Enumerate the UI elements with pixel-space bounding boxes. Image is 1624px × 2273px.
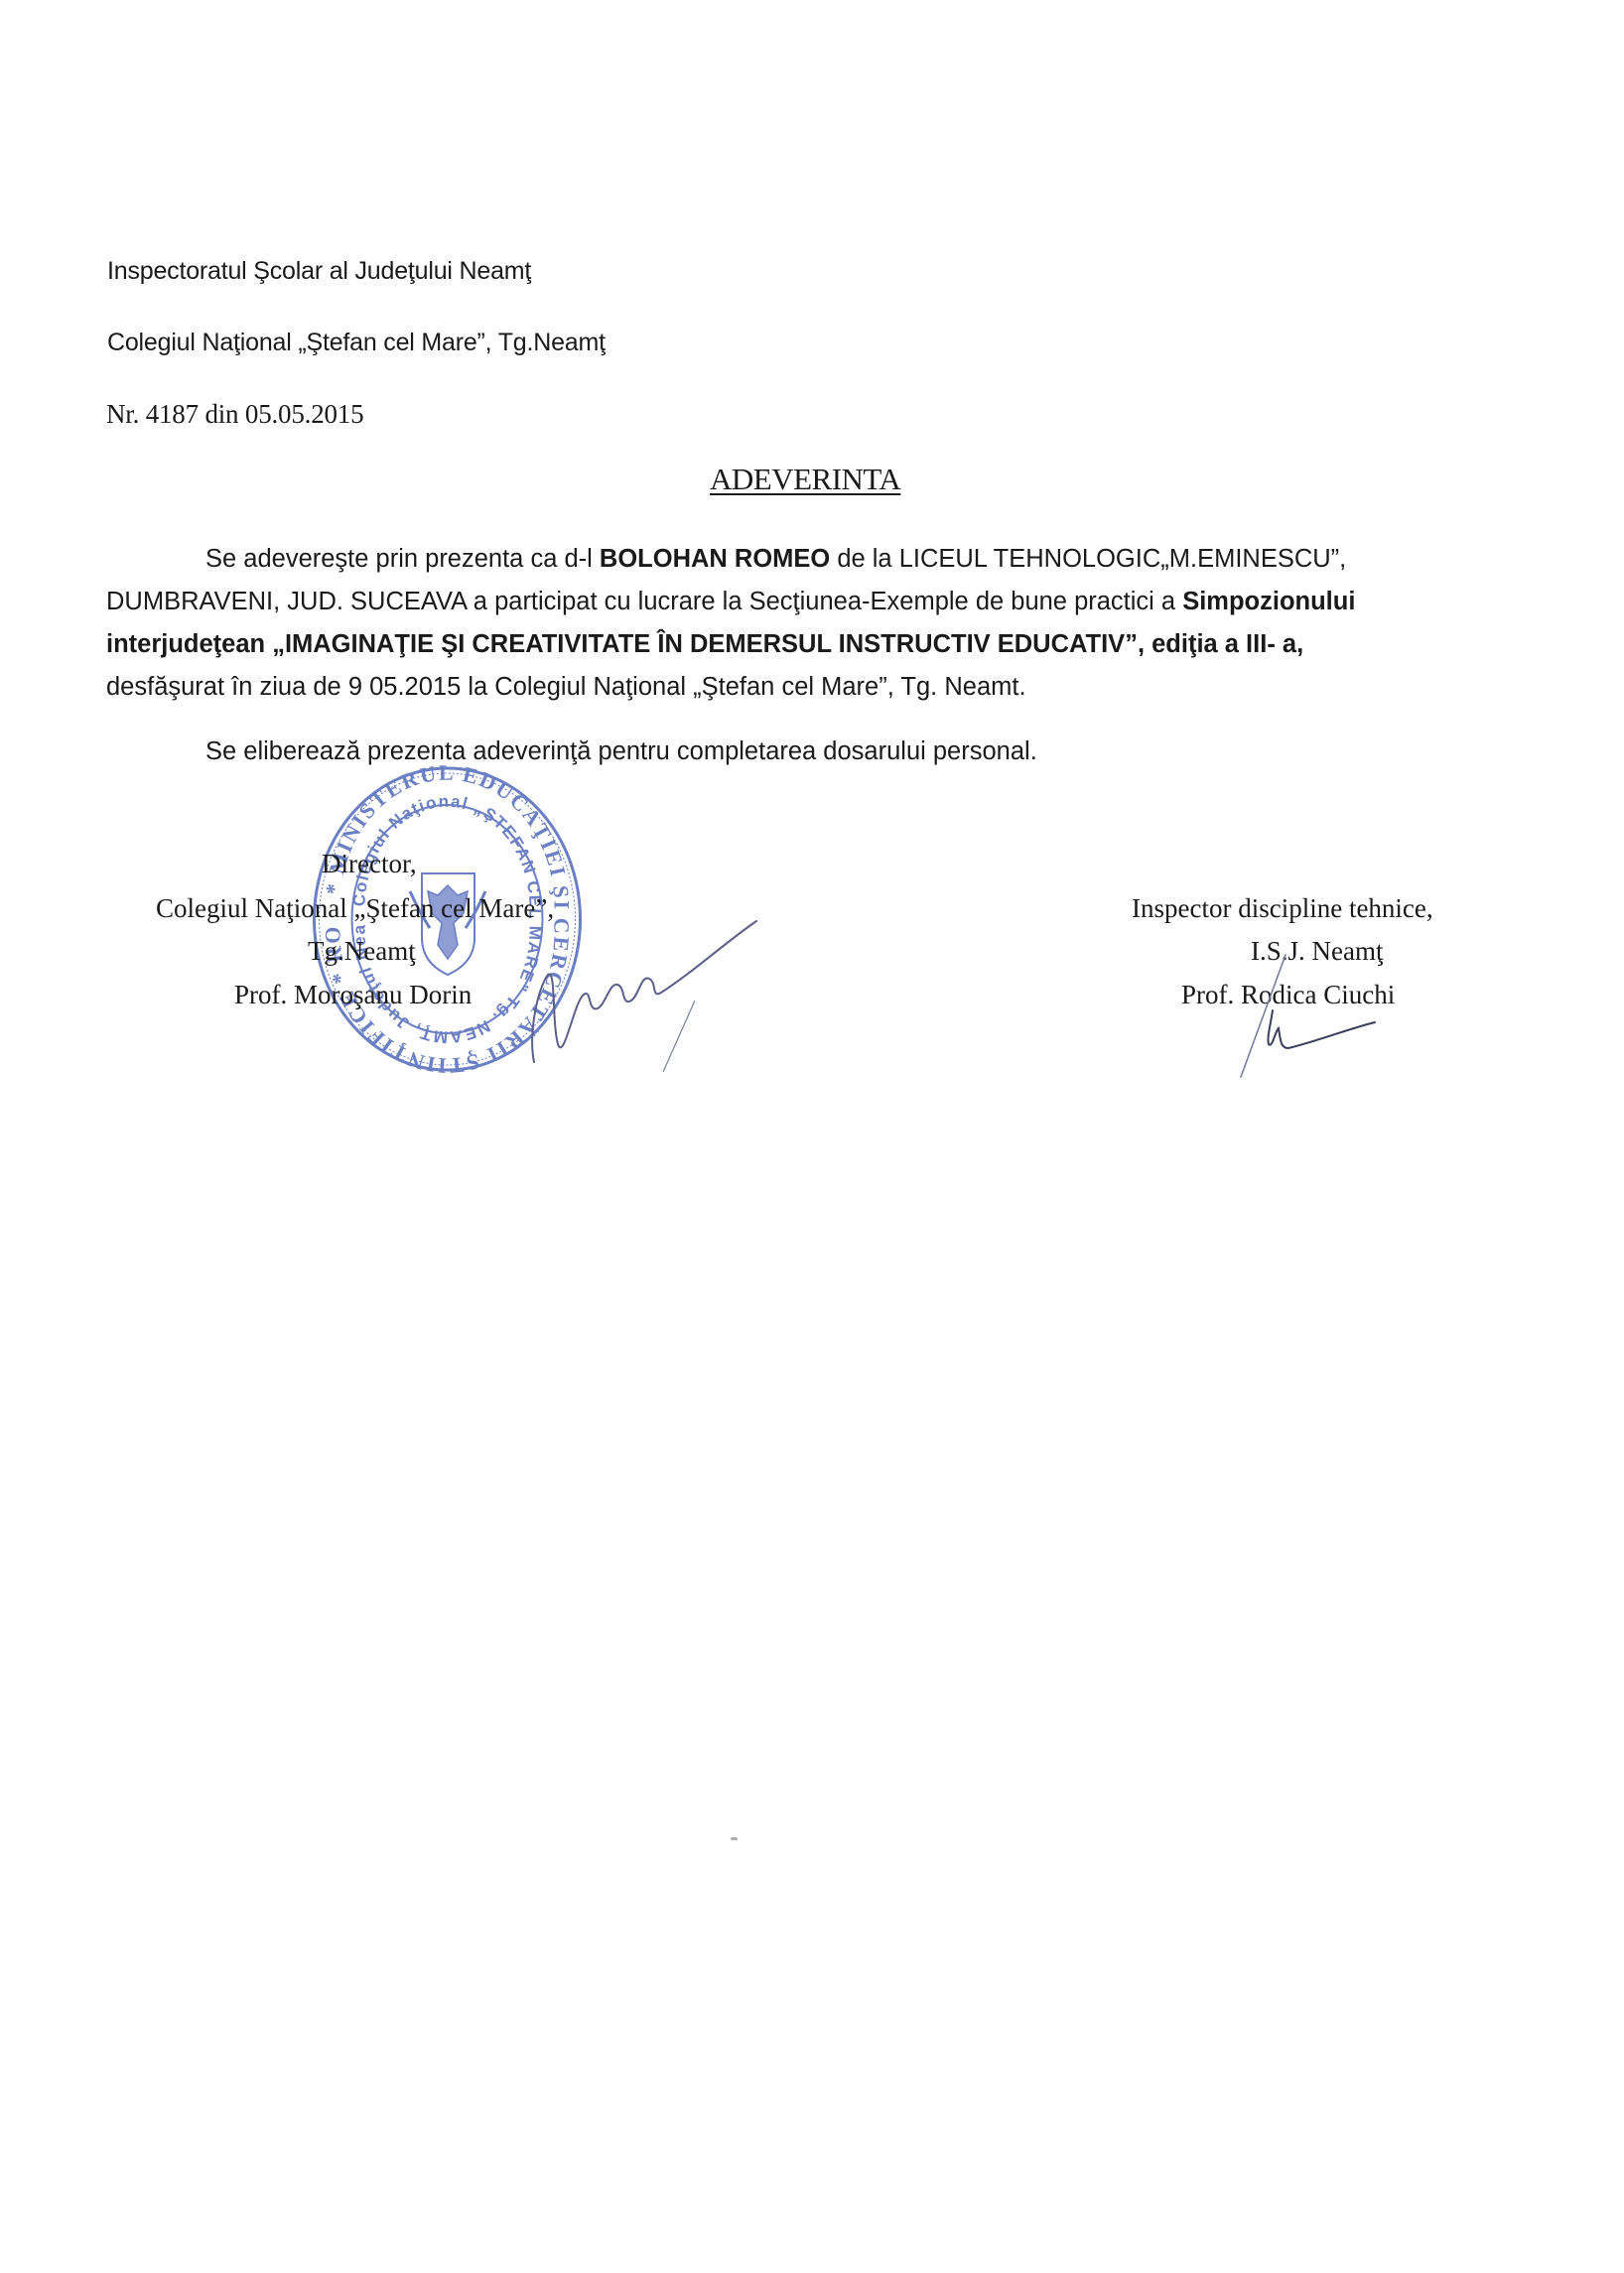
left-signatory-name: Prof. Moroşanu Dorin xyxy=(234,980,472,1010)
left-signatory-city: Tg.Neamţ xyxy=(308,936,416,967)
school-text: de la LICEUL TEHNOLOGIC„M.EMINESCU”, xyxy=(830,545,1346,573)
event-name-part-2: interjudeţean „IMAGINAŢIE ŞI CREATIVITAT… xyxy=(106,630,1303,658)
participant-name: BOLOHAN ROMEO xyxy=(600,545,830,573)
paragraph-line-1: Se adevereşte prin prezenta ca d-l BOLOH… xyxy=(205,545,1346,574)
inspector-signature-icon xyxy=(1231,953,1410,1092)
document-title: ADEVERINTA xyxy=(710,462,900,497)
paragraph-line-4: desfăşurat în ziua de 9 05.2015 la Coleg… xyxy=(106,673,1026,702)
director-signature-icon xyxy=(526,913,764,1082)
intro-text: Se adevereşte prin prezenta ca d-l xyxy=(205,545,600,573)
paragraph-line-3: interjudeţean „IMAGINAŢIE ŞI CREATIVITAT… xyxy=(106,630,1303,659)
registration-number: Nr. 4187 din 05.05.2015 xyxy=(106,399,363,430)
event-name-part-1: Simpozionului xyxy=(1182,588,1355,615)
participation-text: DUMBRAVENI, JUD. SUCEAVA a participat cu… xyxy=(106,588,1182,615)
scan-speck xyxy=(731,1837,738,1840)
header-inspectorate: Inspectoratul Şcolar al Judeţului Neamţ xyxy=(107,257,531,286)
header-school: Colegiul Naţional „Ştefan cel Mare”, Tg.… xyxy=(107,329,606,357)
paragraph-line-2: DUMBRAVENI, JUD. SUCEAVA a participat cu… xyxy=(106,588,1355,616)
left-signatory-role: Director, xyxy=(322,849,417,879)
paragraph-purpose: Se eliberează prezenta adeverinţă pentru… xyxy=(205,737,1037,766)
right-signatory-role: Inspector discipline tehnice, xyxy=(1132,893,1433,924)
left-signatory-institution: Colegiul Naţional „Ştefan cel Mare”, xyxy=(156,893,554,924)
